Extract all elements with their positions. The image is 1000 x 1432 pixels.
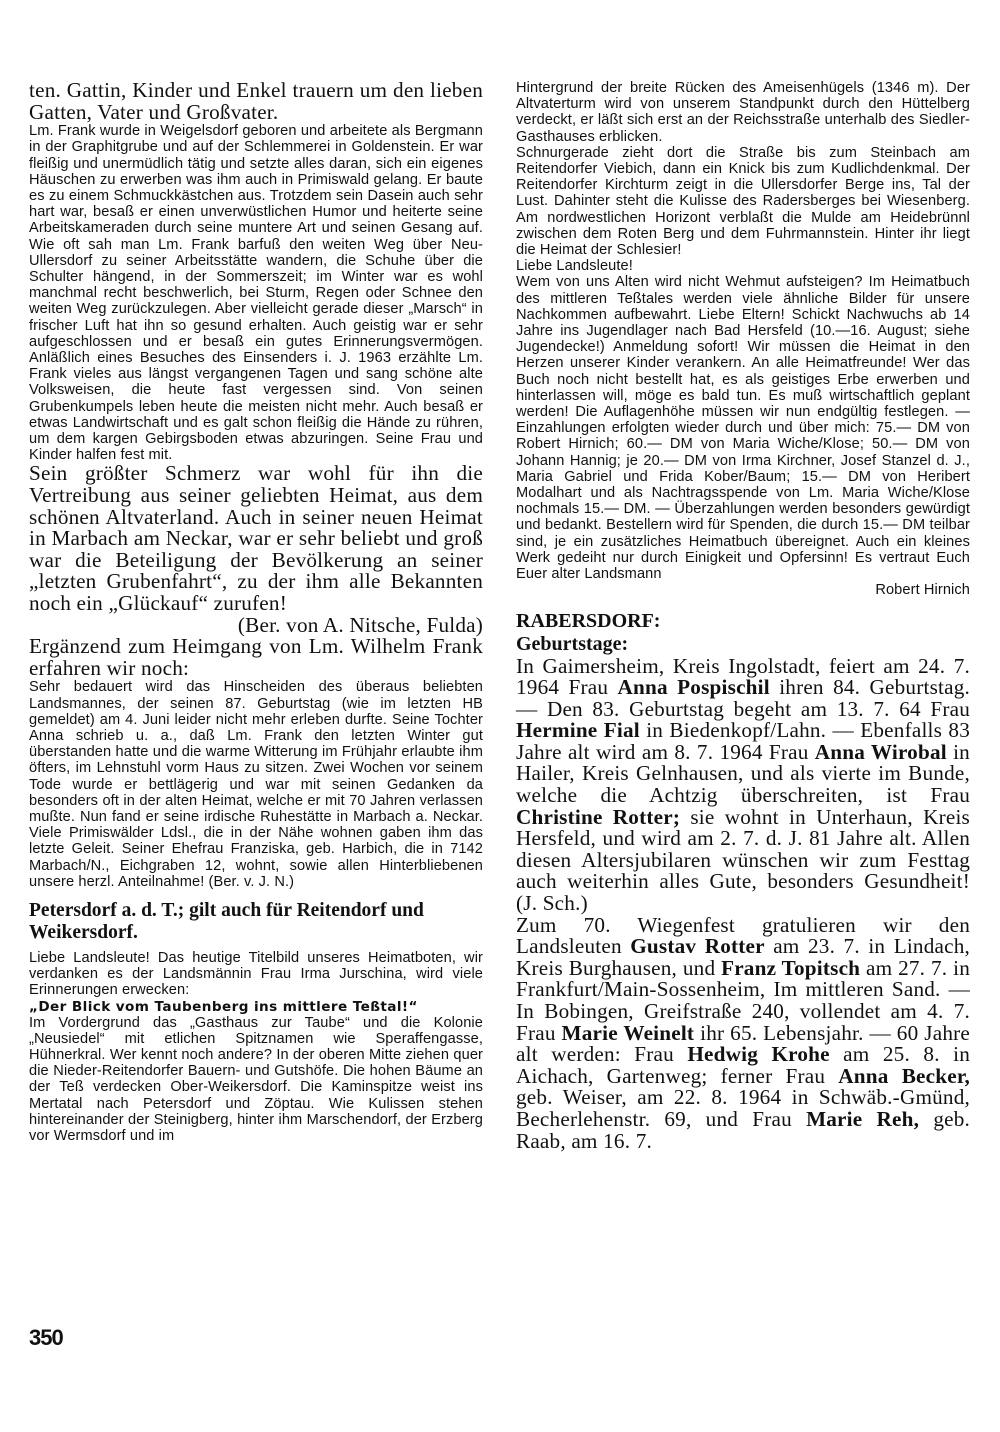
celebrant-name: Franz Topitsch — [721, 956, 860, 980]
page-number: 350 — [29, 1325, 63, 1351]
expulsion-paragraph: Sein größter Schmerz war wohl für ihn di… — [29, 463, 483, 614]
petersdorf-intro: Liebe Landsleute! Das heutige Titelbild … — [29, 950, 483, 999]
landscape-description: Hintergrund der breite Rücken des Ameise… — [516, 80, 970, 145]
addendum-intro: Ergänzend zum Heimgang von Lm. Wil­helm … — [29, 636, 483, 679]
greeting: Liebe Landsleute! — [516, 258, 970, 274]
celebrant-name: Christine Rotter; — [516, 805, 680, 829]
petersdorf-description: Im Vordergrund das „Gasthaus zur Taube“ … — [29, 1015, 483, 1145]
celebrant-name: Hermine Fial — [516, 718, 640, 742]
celebrant-name: Anna Becker, — [838, 1064, 970, 1088]
obituary-intro: ten. Gattin, Kinder und Enkel trauern um… — [29, 80, 483, 123]
heimatbuch-appeal: Wem von uns Alten wird nicht Wehmut aufs… — [516, 274, 970, 582]
celebrant-name: Marie Weinelt — [562, 1021, 695, 1045]
author-signature: Robert Hirnich — [516, 582, 970, 598]
report-credit: (Ber. von A. Nitsche, Fulda) — [29, 615, 483, 637]
birthdays-paragraph-2: Zum 70. Wiegenfest gratulieren wir den L… — [516, 915, 970, 1153]
celebrant-name: Anna Wirobal — [815, 740, 947, 764]
celebrant-name: Marie Reh, — [806, 1107, 919, 1131]
birthdays-paragraph-1: In Gaimersheim, Kreis Ingolstadt, feiert… — [516, 656, 970, 915]
celebrant-name: Anna Pospischil — [618, 675, 770, 699]
cover-photo-caption: „Der Blick vom Taubenberg ins mittlere T… — [29, 999, 483, 1015]
road-description: Schnurgerade zieht dort die Straße bis z… — [516, 145, 970, 258]
frank-biography: Lm. Frank wurde in Weigelsdorf geboren u… — [29, 123, 483, 463]
celebrant-name: Hedwig Krohe — [687, 1042, 829, 1066]
celebrant-name: Gustav Rotter — [630, 934, 764, 958]
addendum-text: Sehr bedauert wird das Hinscheiden des ü… — [29, 679, 483, 890]
left-column: ten. Gattin, Kinder und Enkel trauern um… — [29, 80, 483, 1144]
rabersdorf-heading: RABERSDORF: — [516, 609, 970, 633]
right-column: Hintergrund der breite Rücken des Ameise… — [516, 80, 970, 1152]
petersdorf-heading: Petersdorf a. d. T.; gilt auch für Reite… — [29, 900, 483, 944]
birthdays-heading: Geburtstage: — [516, 633, 970, 656]
